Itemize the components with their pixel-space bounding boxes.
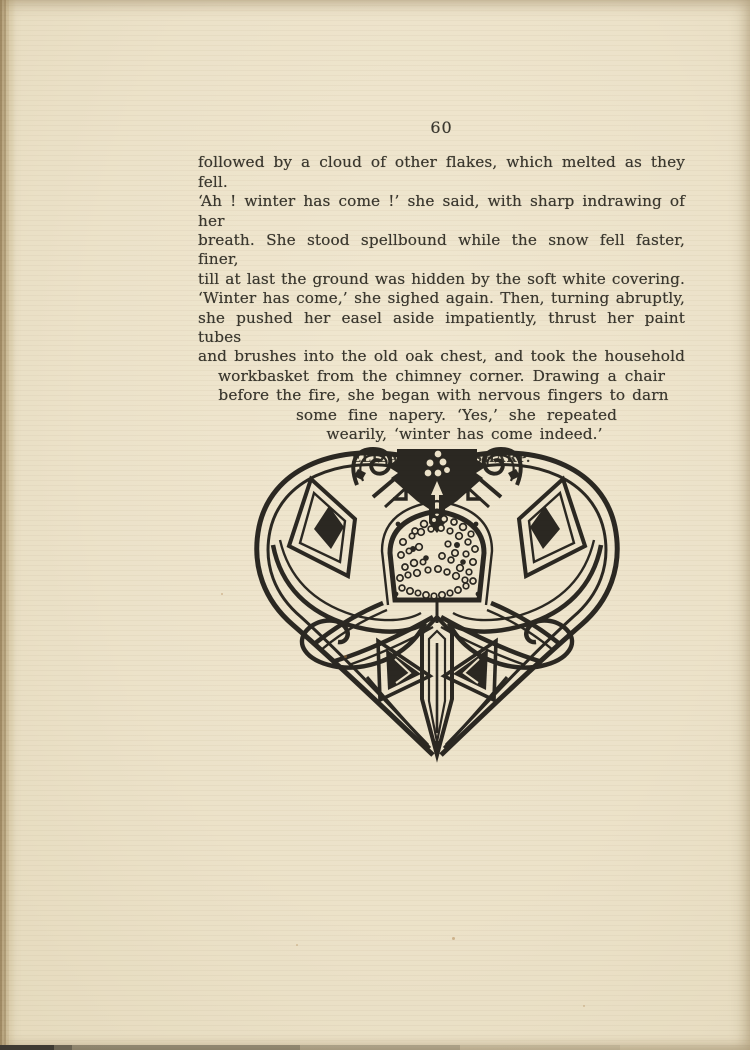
dome-seed	[399, 585, 405, 591]
dome-seed	[466, 569, 472, 575]
dome-seed	[456, 533, 463, 540]
dome-seed	[421, 521, 428, 528]
dome-seed	[444, 569, 450, 575]
dome-seed	[457, 565, 464, 572]
text-line: workbasket from the chimney corner. Draw…	[198, 367, 685, 386]
dome-seed	[452, 550, 458, 556]
text-line: till at last the ground was hidden by th…	[198, 270, 685, 289]
dome-seed	[463, 551, 469, 557]
foxing-speck	[221, 593, 223, 595]
dome-seed	[470, 559, 476, 565]
dome-seed	[416, 544, 423, 551]
dome-seed	[463, 583, 469, 589]
dome-seed	[451, 519, 457, 525]
dome-seed	[447, 528, 453, 534]
dome-seed	[411, 560, 418, 567]
dome-seed	[397, 575, 403, 581]
book-page: 60 followed by a cloud of other flakes, …	[0, 0, 750, 1050]
text-line: wearily, ‘winter has come indeed.’	[221, 425, 708, 444]
text-line: ‘Ah ! winter has come !’ she said, with …	[198, 192, 685, 231]
scan-bottom-edge	[0, 1045, 750, 1050]
dome-seed	[448, 557, 454, 563]
dome-seed	[462, 577, 468, 583]
dome-seed	[431, 517, 437, 523]
dome-seed	[425, 567, 431, 573]
text-line: and brushes into the old oak chest, and …	[198, 347, 685, 366]
foxing-speck	[296, 944, 298, 946]
text-line: followed by a cloud of other flakes, whi…	[198, 153, 685, 172]
dome-seed	[406, 548, 411, 553]
foxing-speck	[452, 937, 455, 940]
text-line: breath. She stood spellbound while the s…	[198, 231, 685, 270]
foxing-speck	[583, 1005, 585, 1007]
dome-seed	[453, 573, 460, 580]
text-line: before the fire, she began with nervous …	[200, 386, 687, 405]
dome-seed	[441, 516, 447, 522]
dome-seed	[445, 541, 451, 547]
text-line: some fine napery. ‘Yes,’ she repeated	[213, 406, 700, 425]
dome-seed	[465, 539, 471, 545]
dome-seed	[435, 566, 441, 572]
ornament-blade	[422, 602, 452, 761]
dome-seed	[468, 531, 474, 537]
text-block: 60 followed by a cloud of other flakes, …	[198, 118, 685, 467]
text-line: ‘Winter has come,’ she sighed again. The…	[198, 289, 685, 308]
dome-seed	[407, 588, 413, 594]
dome-seed-filled	[396, 522, 401, 527]
dome-seed	[460, 524, 467, 531]
dome-seed	[455, 587, 461, 593]
dome-seed-filled	[394, 592, 399, 597]
text-line: she pushed her easel aside impatiently, …	[198, 309, 685, 348]
dome-seed	[472, 546, 478, 552]
dome-seed	[409, 533, 414, 538]
dome-seed-filled	[460, 559, 466, 565]
dome-seed	[400, 539, 406, 545]
tailpiece-ornament-art-nouveau	[247, 445, 627, 763]
text-line: fell.	[198, 173, 685, 192]
dome-seed	[398, 552, 404, 558]
page-number: 60	[198, 118, 685, 137]
dome-seed	[402, 564, 408, 570]
dome-seed	[418, 529, 425, 536]
dome-seed-filled	[474, 522, 479, 527]
dome-seed	[438, 525, 444, 531]
dome-seed-filled	[476, 592, 481, 597]
binding-edge	[0, 0, 16, 1050]
dome-seed	[423, 592, 429, 598]
dome-seed	[439, 592, 445, 598]
dome-seed	[470, 578, 476, 584]
dome-seed	[414, 570, 421, 577]
dome-seed	[447, 590, 453, 596]
dome-seed	[431, 593, 437, 599]
dome-seed-filled	[454, 542, 460, 548]
dome-seed	[428, 526, 434, 532]
dome-seed	[439, 553, 445, 559]
dome-seed	[420, 559, 425, 564]
dome-seed	[405, 572, 411, 578]
dome-seed	[415, 590, 420, 595]
